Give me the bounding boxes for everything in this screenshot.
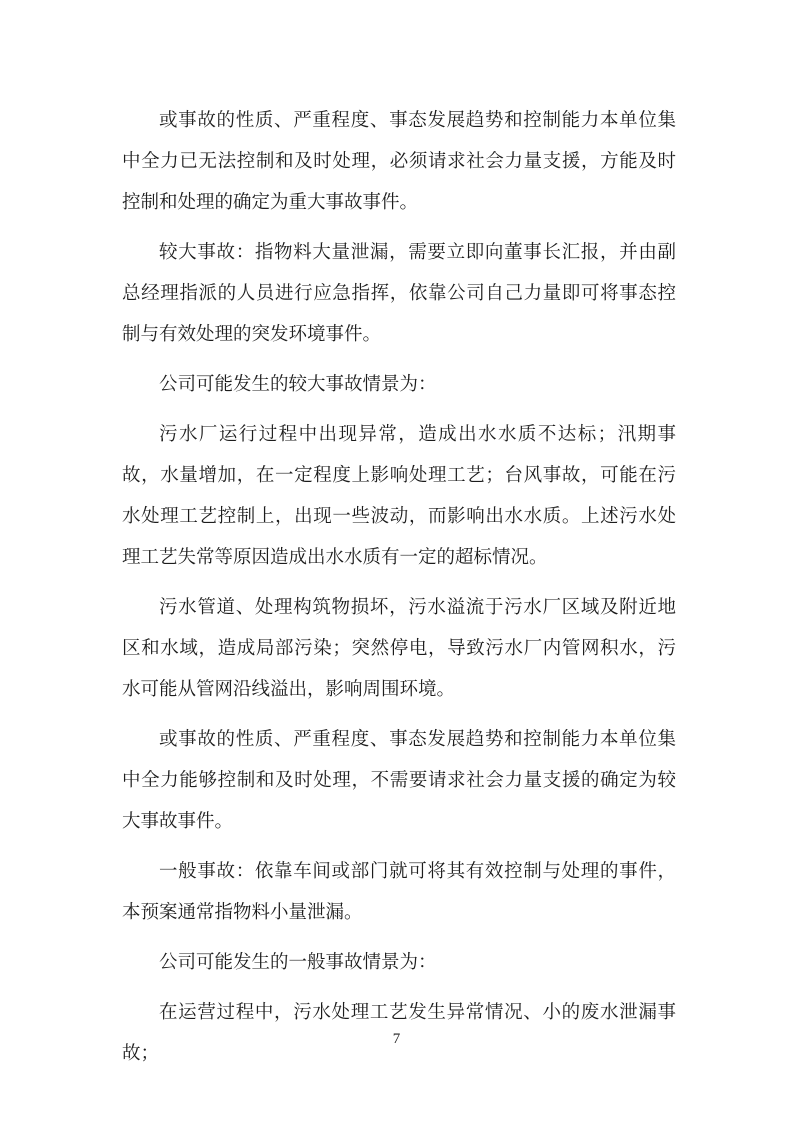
- page-footer: 7: [0, 1028, 793, 1050]
- paragraph: 公司可能发生的较大事故情景为：: [122, 365, 676, 406]
- page-number: 7: [393, 1031, 401, 1047]
- document-page: 或事故的性质、严重程度、事态发展趋势和控制能力本单位集中全力已无法控制和及时处理…: [0, 0, 793, 1122]
- paragraph: 公司可能发生的一般事故情景为：: [122, 943, 676, 984]
- paragraph: 污水厂运行过程中出现异常，造成出水水质不达标；汛期事故，水量增加，在一定程度上影…: [122, 415, 676, 579]
- paragraph: 污水管道、处理构筑物损坏，污水溢流于污水厂区域及附近地区和水域，造成局部污染；突…: [122, 588, 676, 711]
- paragraph: 或事故的性质、严重程度、事态发展趋势和控制能力本单位集中全力已无法控制和及时处理…: [122, 101, 676, 224]
- paragraph: 较大事故：指物料大量泄漏，需要立即向董事长汇报，并由副总经理指派的人员进行应急指…: [122, 233, 676, 356]
- document-content: 或事故的性质、严重程度、事态发展趋势和控制能力本单位集中全力已无法控制和及时处理…: [122, 101, 676, 1084]
- paragraph: 或事故的性质、严重程度、事态发展趋势和控制能力本单位集中全力能够控制和及时处理，…: [122, 720, 676, 843]
- paragraph: 一般事故：依靠车间或部门就可将其有效控制与处理的事件，本预案通常指物料小量泄漏。: [122, 852, 676, 934]
